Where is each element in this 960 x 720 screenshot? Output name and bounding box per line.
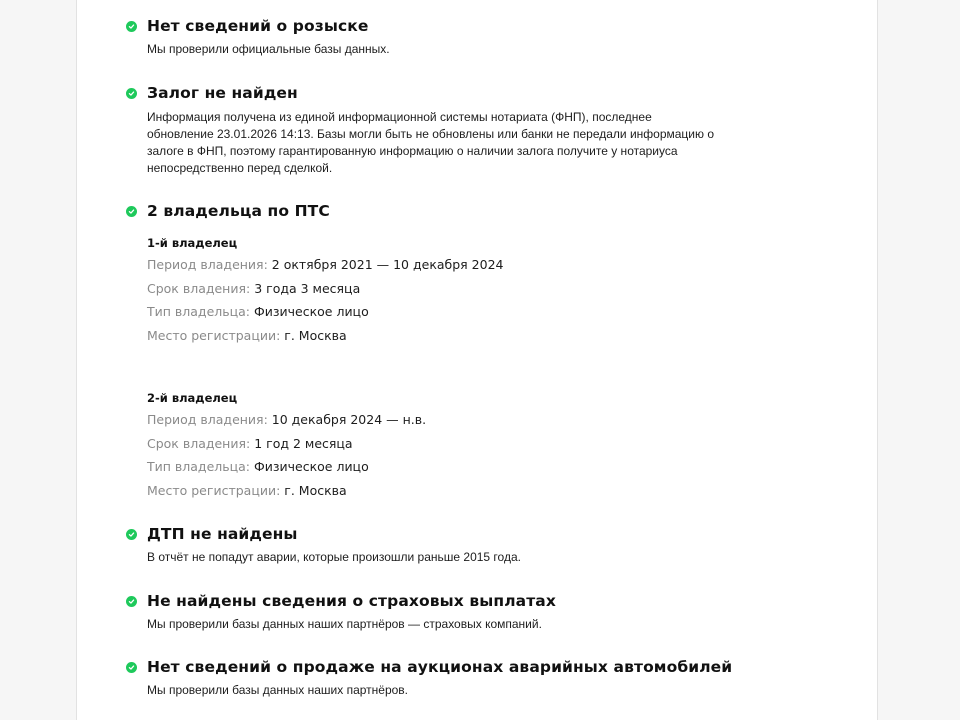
check-title: Нет сведений о розыске <box>147 17 368 35</box>
description-line: обновление 23.01.2026 14:13. Базы могли … <box>147 126 846 143</box>
check-circle-icon <box>126 21 137 32</box>
field-value: 10 декабря 2024 — н.в. <box>272 412 426 427</box>
description-line: непосредственно перед сделкой. <box>147 160 846 177</box>
owner-field: Тип владельца: Физическое лицо <box>147 455 846 479</box>
field-value: Физическое лицо <box>254 304 369 319</box>
check-insurance: Не найдены сведения о страховых выплатах… <box>126 590 846 633</box>
field-value: г. Москва <box>284 328 346 343</box>
check-auctions: Нет сведений о продаже на аукционах авар… <box>126 656 846 699</box>
field-label: Период владения: <box>147 257 268 272</box>
field-value: Физическое лицо <box>254 459 369 474</box>
check-wanted: Нет сведений о розыске Мы проверили офиц… <box>126 15 846 58</box>
owner-heading: 1-й владелец <box>147 236 846 250</box>
owner-heading: 2-й владелец <box>147 391 846 405</box>
check-circle-icon <box>126 662 137 673</box>
owner-field: Тип владельца: Физическое лицо <box>147 300 846 324</box>
check-accidents: ДТП не найдены В отчёт не попадут аварии… <box>126 523 846 566</box>
check-title: Не найдены сведения о страховых выплатах <box>147 592 556 610</box>
check-title: ДТП не найдены <box>147 525 298 543</box>
check-title: Залог не найден <box>147 84 298 102</box>
field-label: Период владения: <box>147 412 268 427</box>
check-circle-icon <box>126 206 137 217</box>
check-description: В отчёт не попадут аварии, которые произ… <box>147 549 846 566</box>
owner-field: Место регистрации: г. Москва <box>147 479 846 503</box>
owner-field: Срок владения: 1 год 2 месяца <box>147 432 846 456</box>
check-title: 2 владельца по ПТС <box>147 202 330 220</box>
field-value: 3 года 3 месяца <box>254 281 360 296</box>
field-label: Срок владения: <box>147 436 250 451</box>
check-owners: 2 владельца по ПТС 1-й владелец Период в… <box>126 200 846 502</box>
check-circle-icon <box>126 596 137 607</box>
check-description: Мы проверили базы данных наших партнёров… <box>147 682 846 699</box>
check-circle-icon <box>126 88 137 99</box>
field-value: 1 год 2 месяца <box>254 436 352 451</box>
field-label: Тип владельца: <box>147 459 250 474</box>
field-value: 2 октября 2021 — 10 декабря 2024 <box>272 257 504 272</box>
field-value: г. Москва <box>284 483 346 498</box>
check-title: Нет сведений о продаже на аукционах авар… <box>147 658 732 676</box>
check-description: Мы проверили официальные базы данных. <box>147 41 846 58</box>
check-description: Информация получена из единой информацио… <box>147 109 846 177</box>
field-label: Тип владельца: <box>147 304 250 319</box>
owner-block-1: 1-й владелец Период владения: 2 октября … <box>126 236 846 347</box>
check-description: Мы проверили базы данных наших партнёров… <box>147 616 846 633</box>
description-line: Информация получена из единой информацио… <box>147 109 846 126</box>
field-label: Срок владения: <box>147 281 250 296</box>
field-label: Место регистрации: <box>147 328 280 343</box>
field-label: Место регистрации: <box>147 483 280 498</box>
owner-field: Период владения: 10 декабря 2024 — н.в. <box>147 408 846 432</box>
owner-field: Срок владения: 3 года 3 месяца <box>147 277 846 301</box>
check-circle-icon <box>126 529 137 540</box>
owner-field: Место регистрации: г. Москва <box>147 324 846 348</box>
owner-block-2: 2-й владелец Период владения: 10 декабря… <box>126 391 846 502</box>
owner-field: Период владения: 2 октября 2021 — 10 дек… <box>147 253 846 277</box>
check-pledge: Залог не найден Информация получена из е… <box>126 82 846 177</box>
description-line: залоге в ФНП, поэтому гарантированную ин… <box>147 143 846 160</box>
